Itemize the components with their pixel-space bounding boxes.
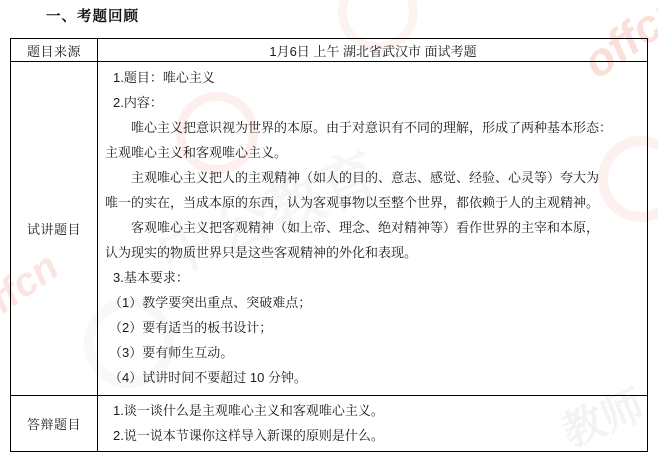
text-line: （4）试讲时间不要超过 10 分钟。 bbox=[105, 365, 641, 390]
table-row-source: 题目来源 1月6日 上午 湖北省武汉市 面试考题 bbox=[11, 39, 648, 62]
text-line: 1.谈一谈什么是主观唯心主义和客观唯心主义。 bbox=[105, 398, 641, 423]
text-line: 3.基本要求： bbox=[105, 265, 641, 290]
text-line: 唯一的实在，当成本原的东西，认为客观事物以至整个世界，都依赖于人的主观精神。 bbox=[105, 190, 641, 215]
defense-content: 1.谈一谈什么是主观唯心主义和客观唯心主义。 2.说一说本节课你这样导入新课的原… bbox=[98, 396, 648, 452]
text-line: 唯心主义把意识视为世界的本原。由于对意识有不同的理解，形成了两种基本形态： bbox=[105, 115, 641, 140]
source-content: 1月6日 上午 湖北省武汉市 面试考题 bbox=[98, 39, 648, 62]
text-line: （1）教学要突出重点、突破难点； bbox=[105, 290, 641, 315]
text-line: 2.说一说本节课你这样导入新课的原则是什么。 bbox=[105, 423, 641, 448]
row-label-lecture: 试讲题目 bbox=[11, 62, 98, 396]
text-line: 客观唯心主义把客观精神（如上帝、理念、绝对精神等）看作世界的主宰和本原， bbox=[105, 215, 641, 240]
text-line: 认为现实的物质世界只是这些客观精神的外化和表现。 bbox=[105, 240, 641, 265]
table-row-lecture: 试讲题目 1.题目：唯心主义 2.内容： 唯心主义把意识视为世界的本原。由于对意… bbox=[11, 62, 648, 396]
text-line: 2.内容： bbox=[105, 90, 641, 115]
row-label-source: 题目来源 bbox=[11, 39, 98, 62]
text-line: （3）要有师生互动。 bbox=[105, 340, 641, 365]
text-line: （2）要有适当的板书设计； bbox=[105, 315, 641, 340]
text-line: 主观唯心主义和客观唯心主义。 bbox=[105, 140, 641, 165]
table-row-defense: 答辩题目 1.谈一谈什么是主观唯心主义和客观唯心主义。 2.说一说本节课你这样导… bbox=[11, 396, 648, 452]
row-label-defense: 答辩题目 bbox=[11, 396, 98, 452]
exam-review-table: 题目来源 1月6日 上午 湖北省武汉市 面试考题 试讲题目 1.题目：唯心主义 … bbox=[10, 38, 648, 452]
section-heading: 一、考题回顾 bbox=[46, 5, 139, 26]
page: offcn offcn 中公教育 教师 一、考题回顾 题目来源 1月6日 上午 … bbox=[0, 0, 658, 456]
lecture-content: 1.题目：唯心主义 2.内容： 唯心主义把意识视为世界的本原。由于对意识有不同的… bbox=[98, 62, 648, 396]
text-line: 主观唯心主义把人的主观精神（如人的目的、意志、感觉、经验、心灵等）夸大为 bbox=[105, 165, 641, 190]
text-line: 1.题目：唯心主义 bbox=[105, 65, 641, 90]
